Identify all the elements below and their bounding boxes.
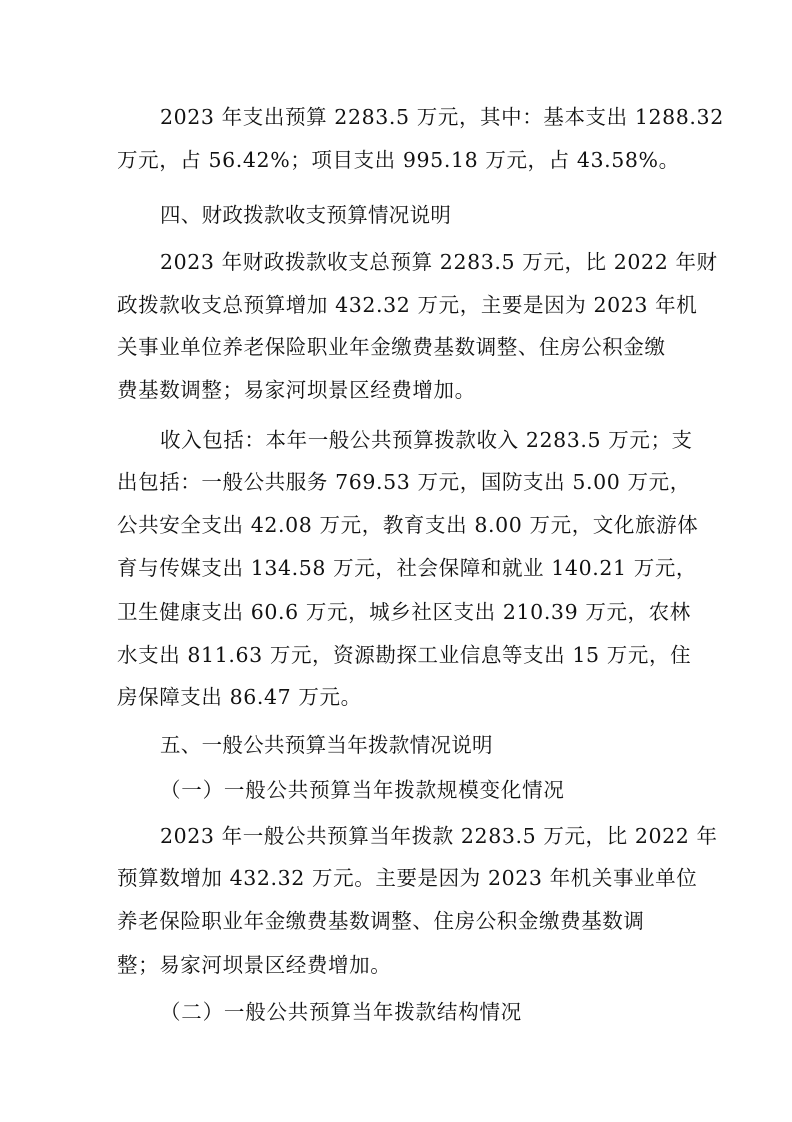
section-heading-4: 四、财政拨款收支预算情况说明 <box>160 202 451 228</box>
paragraph-line: 育与传媒支出 134.58 万元，社会保障和就业 140.21 万元， <box>117 555 697 581</box>
paragraph-line: 政拨款收支总预算增加 432.32 万元，主要是因为 2023 年机 <box>117 292 697 318</box>
paragraph-line: 养老保险职业年金缴费基数调整、住房公积金缴费基数调 <box>117 908 645 934</box>
document-page: 2023 年支出预算 2283.5 万元，其中：基本支出 1288.32 万元，… <box>0 0 792 1122</box>
paragraph-line: 出包括：一般公共服务 769.53 万元，国防支出 5.00 万元， <box>117 469 691 495</box>
paragraph-line: 预算数增加 432.32 万元。主要是因为 2023 年机关事业单位 <box>117 865 697 891</box>
paragraph-line: 房保障支出 86.47 万元。 <box>117 684 362 710</box>
paragraph-line: 万元，占 56.42%；项目支出 995.18 万元，占 43.58%。 <box>117 147 680 173</box>
paragraph-line: 整；易家河坝景区经费增加。 <box>117 952 391 978</box>
paragraph-line: 水支出 811.63 万元，资源勘探工业信息等支出 15 万元，住 <box>117 642 691 668</box>
paragraph-line: 2023 年支出预算 2283.5 万元，其中：基本支出 1288.32 <box>160 104 724 130</box>
subsection-heading-5-1: （一）一般公共预算当年拨款规模变化情况 <box>160 777 565 803</box>
paragraph-line: 公共安全支出 42.08 万元，教育支出 8.00 万元，文化旅游体 <box>117 512 698 538</box>
section-heading-5: 五、一般公共预算当年拨款情况说明 <box>160 732 493 758</box>
paragraph-line: 收入包括：本年一般公共预算拨款收入 2283.5 万元；支 <box>160 427 693 453</box>
paragraph-line: 2023 年一般公共预算当年拨款 2283.5 万元，比 2022 年 <box>160 823 718 849</box>
paragraph-line: 费基数调整；易家河坝景区经费增加。 <box>117 377 476 403</box>
paragraph-line: 卫生健康支出 60.6 万元，城乡社区支出 210.39 万元，农林 <box>117 599 691 625</box>
paragraph-line: 关事业单位养老保险职业年金缴费基数调整、住房公积金缴 <box>117 334 666 360</box>
paragraph-line: 2023 年财政拨款收支总预算 2283.5 万元，比 2022 年财 <box>160 249 718 275</box>
subsection-heading-5-2: （二）一般公共预算当年拨款结构情况 <box>160 999 522 1025</box>
